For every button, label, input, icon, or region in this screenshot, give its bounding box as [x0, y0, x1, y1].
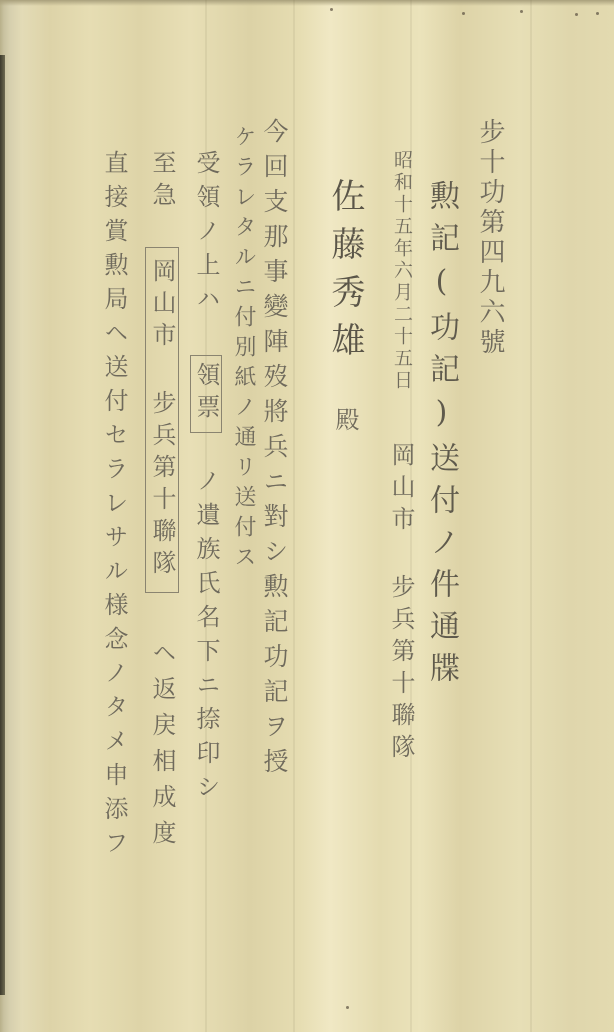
addressee-honorific: 殿	[333, 407, 357, 437]
paper-fold	[293, 0, 295, 1032]
paper-left-shadow	[0, 55, 5, 995]
issuer: 岡山市 步兵第十聯隊	[389, 442, 413, 766]
paper-fold	[530, 0, 532, 1032]
paper-speck	[575, 13, 578, 16]
return-address-box: 岡山市 步兵第十聯隊	[145, 247, 179, 593]
body-line-3-start: 受領ノ上ハ	[192, 150, 220, 320]
body-line-4-rest: ヘ返戻相成度	[150, 640, 174, 856]
body-line-3-rest: ノ遺族氏名下ニ捺印シ	[192, 468, 220, 808]
paper-speck	[520, 10, 523, 13]
addressee-name: 佐藤秀雄	[325, 178, 365, 370]
addressee: 佐藤秀雄 殿	[328, 178, 362, 437]
body-line-4: 至急 岡山市 步兵第十聯隊 ヘ返戻相成度	[145, 150, 179, 856]
reference-number: 步十功第四九六號	[477, 118, 503, 358]
body-line-1: 今回支那事變陣歿將兵ニ對シ勲記功記ヲ授	[262, 118, 287, 783]
paper-speck	[330, 8, 333, 11]
body-line-5: 直接賞勲局ヘ送付セラレサル様念ノタメ申添フ	[102, 150, 126, 864]
paper-speck	[462, 12, 465, 15]
urgent-label: 至急	[148, 150, 176, 214]
paper-speck	[346, 1006, 349, 1009]
issue-date: 昭和十五年六月二十五日	[392, 150, 411, 392]
body-line-2: ケラレタルニ付別紙ノ通リ送付ス	[232, 125, 254, 575]
body-line-3: 受領ノ上ハ 領票 ノ遺族氏名下ニ捺印シ	[190, 150, 222, 808]
paper-speck	[596, 12, 599, 15]
paper-top-edge	[0, 0, 614, 6]
receipt-slip-box: 領票	[190, 355, 222, 433]
document-paper	[0, 0, 614, 1032]
subject-line: 勲記(功記)送付ノ件通牒	[426, 180, 456, 694]
